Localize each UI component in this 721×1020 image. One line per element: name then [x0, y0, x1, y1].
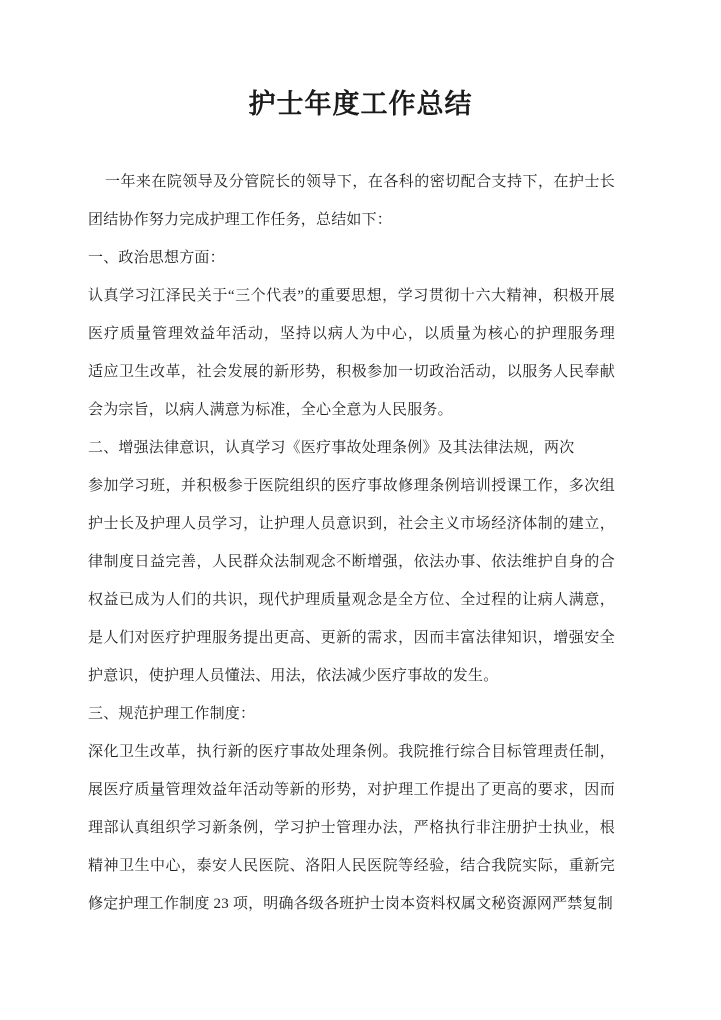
- text-line: 律制度日益完善，人民群众法制观念不断增强，依法办事、依法维护自身的合法: [88, 543, 615, 581]
- text-line: 展医疗质量管理效益年活动等新的形势，对护理工作提出了更高的要求，因而护: [88, 771, 615, 809]
- text-line: 一年来在院领导及分管院长的领导下，在各科的密切配合支持下，在护士长的: [88, 163, 615, 201]
- text-line: 修定护理工作制度 23 项，明确各级各班护士岗本资料权属文秘资源网严禁复制: [88, 885, 615, 923]
- text-line: 理部认真组织学习新条例，学习护士管理办法，严格执行非注册护士执业，根据: [88, 809, 615, 847]
- section-heading: 二、增强法律意识，认真学习《医疗事故处理条例》及其法律法规，两次: [88, 429, 615, 467]
- text-line: 权益已成为人们的共识，现代护理质量观念是全方位、全过程的让病人满意，这: [88, 581, 615, 619]
- text-line: 会为宗旨，以病人满意为标准，全心全意为人民服务。: [88, 391, 615, 429]
- text-line: 适应卫生改革，社会发展的新形势，积极参加一切政治活动，以服务人民奉献社: [88, 353, 615, 391]
- section-heading: 三、规范护理工作制度：: [88, 695, 615, 733]
- section-heading: 一、政治思想方面：: [88, 239, 615, 277]
- text-line: 是人们对医疗护理服务提出更高、更新的需求，因而丰富法律知识，增强安全保: [88, 619, 615, 657]
- text-line: 深化卫生改革，执行新的医疗事故处理条例。我院推行综合目标管理责任制，开: [88, 733, 615, 771]
- text-line: 精神卫生中心，泰安人民医院、洛阳人民医院等经验，结合我院实际，重新完善: [88, 847, 615, 885]
- text-line: 参加学习班，并积极参于医院组织的医疗事故修理条例培训授课工作，多次组织: [88, 467, 615, 505]
- document-title: 护士年度工作总结: [0, 84, 721, 124]
- document-body: 一年来在院领导及分管院长的领导下，在各科的密切配合支持下，在护士长的 团结协作努…: [88, 163, 615, 923]
- text-line: 团结协作努力完成护理工作任务，总结如下：: [88, 201, 615, 239]
- text-line: 护意识，使护理人员懂法、用法，依法减少医疗事故的发生。: [88, 657, 615, 695]
- text-line: 护士长及护理人员学习，让护理人员意识到，社会主义市场经济体制的建立，法: [88, 505, 615, 543]
- document-page: 护士年度工作总结 一年来在院领导及分管院长的领导下，在各科的密切配合支持下，在护…: [0, 0, 721, 1020]
- text-line: 医疗质量管理效益年活动，坚持以病人为中心，以质量为核心的护理服务理念，: [88, 315, 615, 353]
- text-line: 认真学习江泽民关于“三个代表”的重要思想，学习贯彻十六大精神，积极开展: [88, 277, 615, 315]
